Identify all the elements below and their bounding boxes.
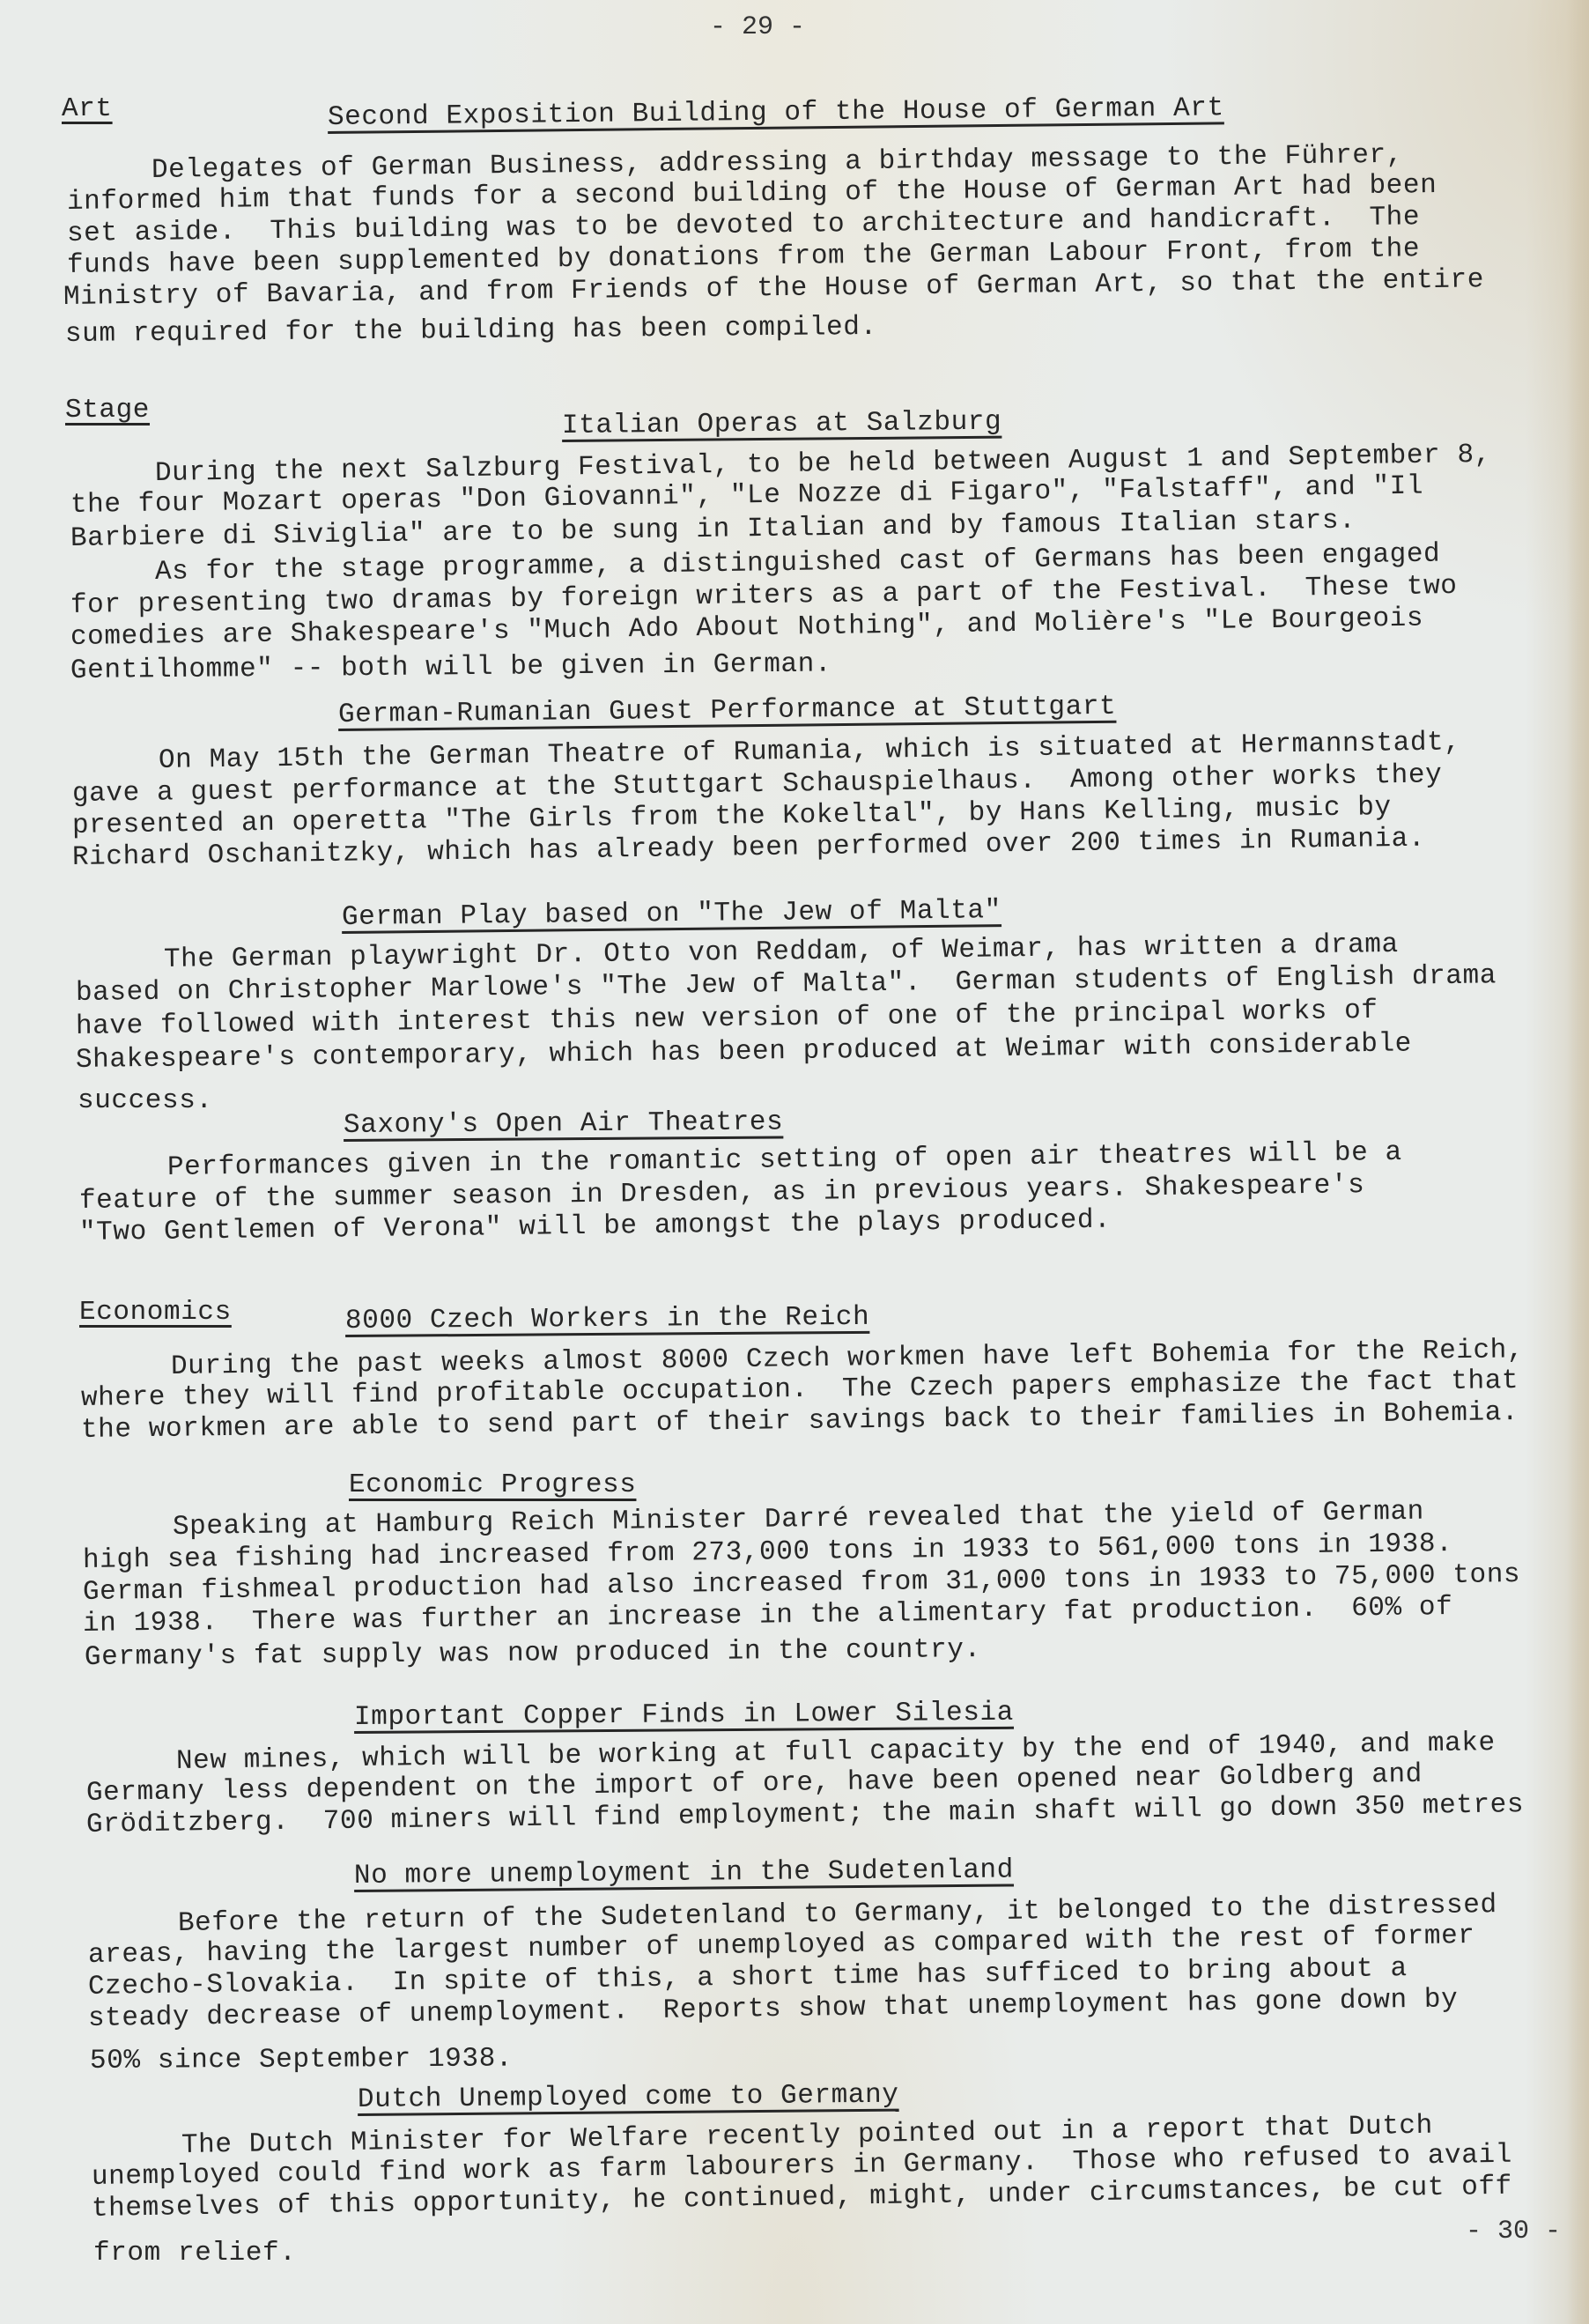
article-title: Second Exposition Building of the House … [328, 93, 1224, 134]
article-title: Economic Progress [349, 1469, 636, 1501]
typewritten-page: - 29 - Art Second Exposition Building of… [0, 0, 1589, 2324]
article-line: Germany's fat supply was now produced in… [85, 1634, 981, 1674]
article-line: success. [78, 1085, 213, 1117]
article-title: No more unemployment in the Sudetenland [354, 1854, 1014, 1892]
bottom-page-number: - 30 - [1466, 2217, 1561, 2246]
article-title: German-Rumanian Guest Performance at Stu… [338, 692, 1117, 731]
article-line: sum required for the building has been c… [65, 312, 877, 351]
article-title: Italian Operas at Salzburg [562, 407, 1002, 442]
article-title: German Play based on "The Jew of Malta" [342, 895, 1001, 934]
category-heading-art: Art [62, 93, 113, 125]
article-title: Saxony's Open Air Theatres [344, 1107, 784, 1142]
paper-edge-shadow [1566, 0, 1589, 2324]
article-title: 8000 Czech Workers in the Reich [345, 1302, 870, 1337]
category-heading-stage: Stage [65, 395, 150, 426]
article-title: Important Copper Finds in Lower Silesia [354, 1698, 1014, 1734]
category-heading-economics: Economics [79, 1297, 232, 1329]
article-line: 50% since September 1938. [90, 2043, 513, 2077]
article-title: Dutch Unemployed come to Germany [358, 2080, 899, 2116]
top-page-mark: - 29 - [710, 12, 805, 42]
article-line: from relief. [93, 2238, 296, 2269]
article-line: Gentilhomme" -- both will be given in Ge… [70, 648, 831, 687]
